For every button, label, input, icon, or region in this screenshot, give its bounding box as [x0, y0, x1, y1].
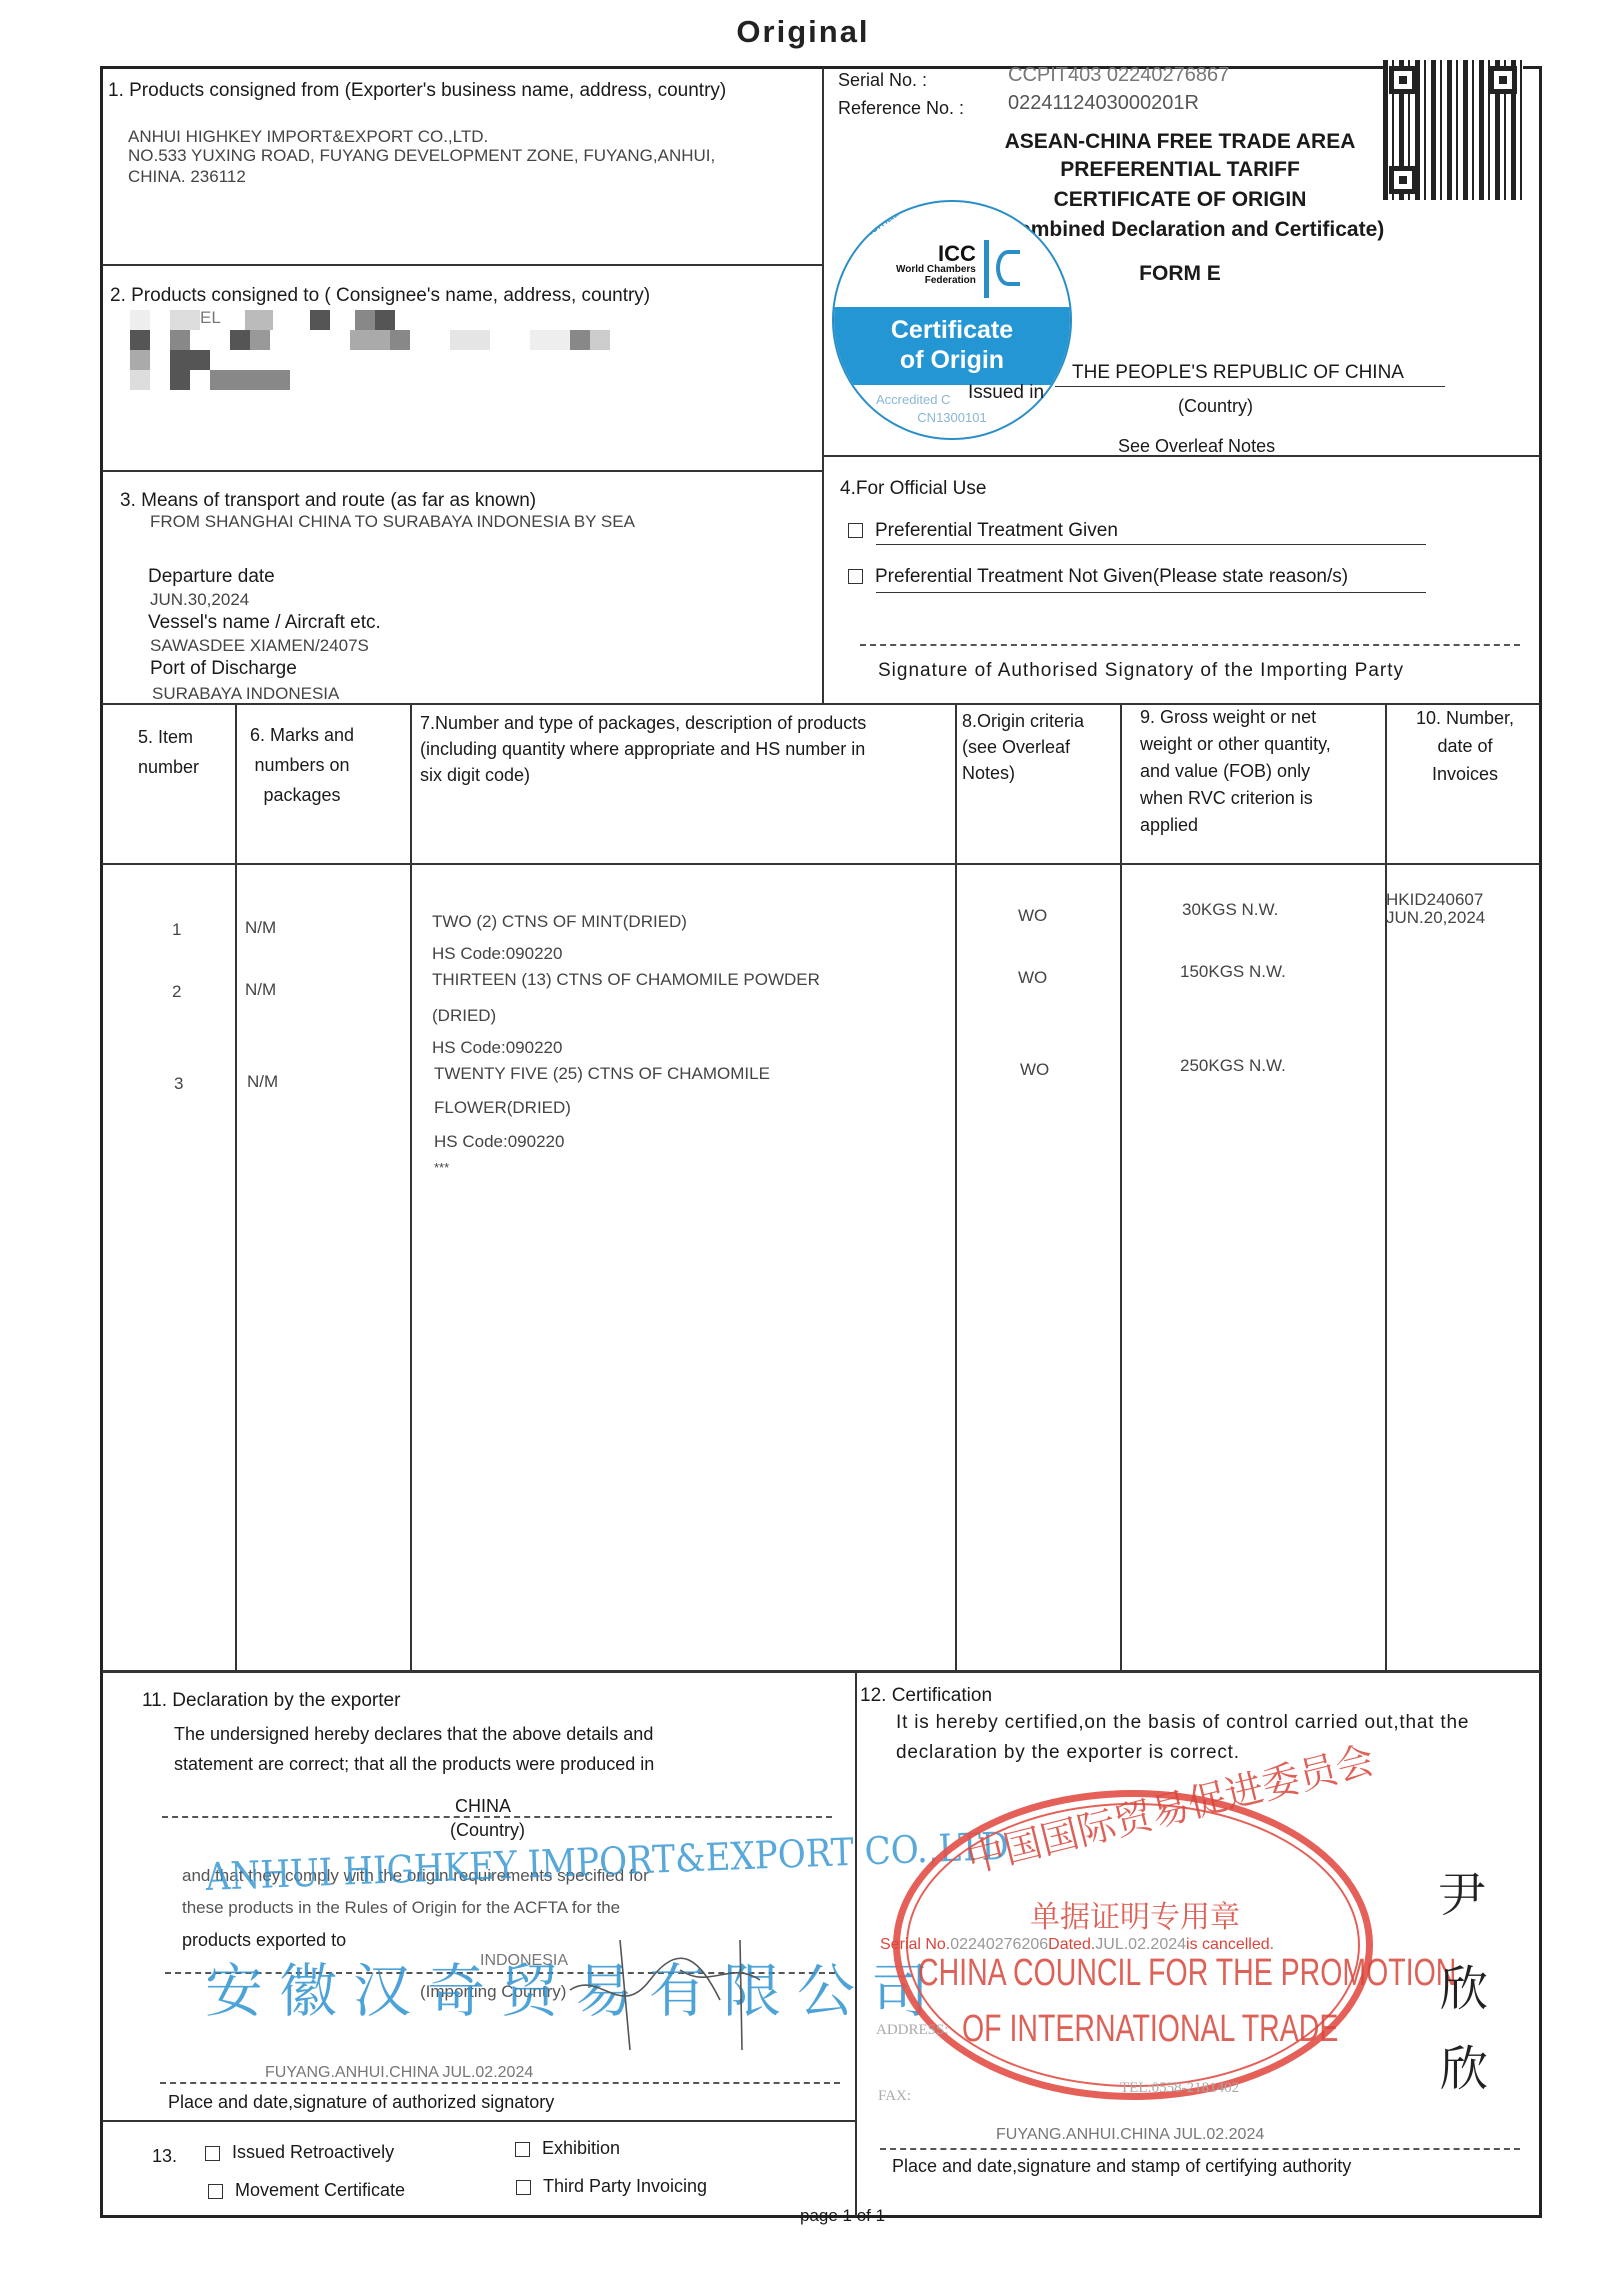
row3-weight: 250KGS N.W.	[1180, 1056, 1286, 1076]
box11-text-1: The undersigned hereby declares that the…	[174, 1724, 653, 1745]
invoice-number: HKID240607	[1386, 890, 1483, 910]
ccpit-stamp-en-1: CHINA COUNCIL FOR THE PROMOTION	[918, 1952, 1456, 1995]
third-party-invoicing-option[interactable]: Third Party Invoicing	[516, 2176, 707, 2197]
box11-label: 11. Declaration by the exporter	[142, 1690, 400, 1712]
table-col-divider-6-7	[410, 703, 412, 1670]
row2-item: 2	[172, 982, 181, 1002]
row2-desc-3: HS Code:090220	[432, 1038, 562, 1058]
ccpit-stamp-en-2: OF INTERNATIONAL TRADE	[962, 2008, 1338, 2051]
issued-in-caption: (Country)	[1178, 396, 1253, 417]
vessel-label: Vessel's name / Aircraft etc.	[148, 612, 381, 634]
exporter-signatory-caption: Place and date,signature of authorized s…	[168, 2092, 554, 2113]
issued-in-label: Issued in	[968, 382, 1044, 404]
certifier-signature-2: 欣	[1440, 1950, 1488, 2019]
row3-marks: N/M	[247, 1072, 278, 1092]
row3-criteria: WO	[1020, 1060, 1049, 1080]
issued-retroactively-label: Issued Retroactively	[232, 2142, 394, 2162]
col7-header: 7.Number and type of packages, descripti…	[420, 710, 866, 788]
exhibition-label: Exhibition	[542, 2138, 620, 2158]
box12-text-1: It is hereby certified,on the basis of c…	[896, 1712, 1469, 1734]
icc-logo-sub1: World Chambers	[896, 264, 976, 275]
row3-desc-end: ***	[434, 1160, 449, 1175]
preferential-given-option[interactable]: Preferential Treatment Given	[848, 520, 1118, 542]
transport-route: FROM SHANGHAI CHINA TO SURABAYA INDONESI…	[150, 512, 635, 532]
movement-certificate-label: Movement Certificate	[235, 2180, 405, 2200]
box4-label: 4.For Official Use	[840, 478, 986, 500]
reference-value: 0224112403000201R	[1008, 92, 1199, 115]
divider-box11-box12	[855, 1670, 857, 2216]
row3-desc-3: HS Code:090220	[434, 1132, 564, 1152]
row2-criteria: WO	[1018, 968, 1047, 988]
divider-table-bottom	[102, 1670, 1540, 1673]
preferential-not-given-checkbox[interactable]	[848, 569, 863, 584]
preferential-not-given-option[interactable]: Preferential Treatment Not Given(Please …	[848, 566, 1348, 588]
col8-header: 8.Origin criteria (see Overleaf Notes)	[962, 708, 1084, 786]
issued-retroactively-checkbox[interactable]	[205, 2146, 220, 2161]
consignee-fragment: EL	[200, 308, 221, 328]
movement-certificate-option[interactable]: Movement Certificate	[208, 2180, 405, 2201]
exporter-place-date: FUYANG.ANHUI.CHINA JUL.02.2024	[265, 2064, 533, 2082]
icc-code: CN1300101	[834, 410, 1070, 425]
origin-country-line	[162, 1816, 832, 1818]
icc-certificate-seal: International Chamber of Commerce ICC Wo…	[832, 200, 1072, 440]
invoice-date: JUN.20,2024	[1386, 908, 1485, 928]
col9-header: 9. Gross weight or net weight or other q…	[1140, 704, 1331, 839]
certifier-signature-3: 欣	[1440, 2030, 1488, 2099]
importer-signature-caption: Signature of Authorised Signatory of the…	[878, 660, 1404, 682]
icc-logo-sub2: Federation	[896, 275, 976, 286]
vessel-value: SAWASDEE XIAMEN/2407S	[150, 636, 369, 656]
col10-header: 10. Number, date of Invoices	[1390, 704, 1540, 788]
ccpit-fax-label: FAX:	[878, 2088, 911, 2105]
origin-country-caption: (Country)	[450, 1820, 525, 1841]
box13-label: 13.	[152, 2146, 177, 2167]
box12-label: 12. Certification	[860, 1685, 992, 1707]
third-party-invoicing-label: Third Party Invoicing	[543, 2176, 707, 2196]
origin-country-value: CHINA	[455, 1796, 511, 1817]
page-label: page 1 of 1	[800, 2206, 885, 2226]
exporter-name: ANHUI HIGHKEY IMPORT&EXPORT CO.,LTD.	[128, 127, 488, 147]
ccpit-tel: TEL:0558-2181402	[1120, 2080, 1239, 2097]
preferential-given-checkbox[interactable]	[848, 523, 863, 538]
table-col-divider-9-10	[1385, 703, 1387, 1670]
col5-header: 5. Item number	[138, 722, 199, 782]
icc-logo-text: ICC	[938, 241, 976, 266]
exporter-signatory-line	[160, 2082, 840, 2084]
divider-top-vertical	[822, 68, 824, 704]
issued-retroactively-option[interactable]: Issued Retroactively	[205, 2142, 394, 2163]
importer-signature-line	[860, 644, 1520, 646]
certifier-signature-1: 尹	[1438, 1856, 1486, 1925]
third-party-invoicing-checkbox[interactable]	[516, 2180, 531, 2195]
table-col-divider-7-8	[955, 703, 957, 1670]
preferential-given-label: Preferential Treatment Given	[875, 520, 1118, 541]
departure-date-label: Departure date	[148, 566, 275, 588]
icc-wave-arc-icon	[996, 250, 1020, 286]
form-title-line2: PREFERENTIAL TARIFF	[940, 158, 1420, 182]
box11-text-4: these products in the Rules of Origin fo…	[182, 1898, 620, 1918]
certifier-signature-line	[880, 2148, 1520, 2150]
box12-text-2: declaration by the exporter is correct.	[896, 1742, 1240, 1764]
row1-weight: 30KGS N.W.	[1182, 900, 1278, 920]
ccpit-address-label: ADDRESS:	[876, 2022, 949, 2039]
ccpit-stamp-cn-mid: 单据证明专用章	[1030, 1892, 1240, 1936]
box1-label: 1. Products consigned from (Exporter's b…	[108, 80, 726, 102]
row2-marks: N/M	[245, 980, 276, 1000]
row2-desc-2: (DRIED)	[432, 1006, 496, 1026]
row1-marks: N/M	[245, 918, 276, 938]
exporter-address: NO.533 YUXING ROAD, FUYANG DEVELOPMENT Z…	[128, 146, 715, 166]
box3-label: 3. Means of transport and route (as far …	[120, 490, 536, 512]
box11-text-2: statement are correct; that all the prod…	[174, 1754, 654, 1775]
document-title: Original	[0, 14, 1606, 50]
issued-in-underline	[1055, 386, 1445, 387]
row1-item: 1	[172, 920, 181, 940]
divider-box13-top	[102, 2120, 855, 2122]
table-col-divider-8-9	[1120, 703, 1122, 1670]
box2-label: 2. Products consigned to ( Consignee's n…	[110, 285, 650, 307]
exporter-country: CHINA. 236112	[128, 167, 246, 187]
exporter-signature	[560, 1930, 780, 2060]
preferential-not-given-label: Preferential Treatment Not Given(Please …	[875, 566, 1348, 587]
certifier-place-date: FUYANG.ANHUI.CHINA JUL.02.2024	[996, 2126, 1264, 2144]
certifier-caption: Place and date,signature and stamp of ce…	[892, 2156, 1351, 2177]
row2-desc-1: THIRTEEN (13) CTNS OF CHAMOMILE POWDER	[432, 970, 820, 990]
overleaf-notes: See Overleaf Notes	[1118, 436, 1275, 457]
exhibition-checkbox[interactable]	[515, 2142, 530, 2157]
row2-weight: 150KGS N.W.	[1180, 962, 1286, 982]
icc-band-line1: Certificate	[834, 315, 1070, 345]
form-title-form-e: FORM E	[1060, 262, 1300, 286]
form-title-line1: ASEAN-CHINA FREE TRADE AREA	[940, 130, 1420, 154]
serial-label: Serial No. :	[838, 70, 927, 91]
exhibition-option[interactable]: Exhibition	[515, 2138, 620, 2159]
icc-logo: ICC World Chambers Federation	[896, 244, 976, 286]
row1-desc-2: HS Code:090220	[432, 944, 562, 964]
form-title-line3: CERTIFICATE OF ORIGIN	[940, 188, 1420, 212]
row3-desc-1: TWENTY FIVE (25) CTNS OF CHAMOMILE	[434, 1064, 770, 1084]
row3-item: 3	[174, 1074, 183, 1094]
icc-band: Certificate of Origin	[834, 307, 1070, 385]
row1-desc-1: TWO (2) CTNS OF MINT(DRIED)	[432, 912, 687, 932]
port-value: SURABAYA INDONESIA	[152, 684, 339, 704]
reference-label: Reference No. :	[838, 98, 964, 119]
row1-criteria: WO	[1018, 906, 1047, 926]
issued-in-country: THE PEOPLE'S REPUBLIC OF CHINA	[1072, 362, 1404, 384]
divider-table-header-bottom	[102, 863, 1540, 865]
icc-band-line2: of Origin	[834, 345, 1070, 375]
departure-date-value: JUN.30,2024	[150, 590, 249, 610]
preferential-given-underline	[876, 544, 1426, 545]
col6-header: 6. Marks and numbers on packages	[250, 720, 354, 810]
row3-desc-2: FLOWER(DRIED)	[434, 1098, 571, 1118]
divider-box2-bottom	[102, 470, 822, 472]
table-col-divider-5-6	[235, 703, 237, 1670]
port-label: Port of Discharge	[150, 658, 297, 680]
preferential-not-given-underline	[876, 592, 1426, 593]
movement-certificate-checkbox[interactable]	[208, 2184, 223, 2199]
serial-value: CCPIT403 02240276867	[1008, 64, 1229, 87]
divider-box1-bottom	[102, 264, 822, 266]
